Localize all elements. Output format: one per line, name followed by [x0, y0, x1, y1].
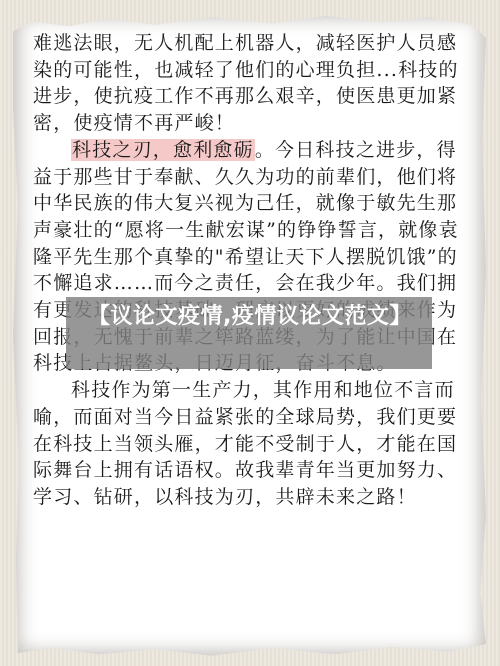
paragraph-3: 科技作为第一生产力，其作用和地位不言而喻，而面对当今日益紧张的全球局势，我们更要… — [33, 377, 473, 511]
paragraph-1: 难逃法眼，无人机配上机器人，减轻医护人员感染的可能性，也减轻了他们的心理负担..… — [33, 30, 473, 137]
overlay-title: 【议论文疫情,疫情议论文范文】 — [88, 302, 428, 332]
article-body: 难逃法眼，无人机配上机器人，减轻医护人员感染的可能性，也减轻了他们的心理负担..… — [33, 30, 473, 511]
highlighted-phrase: 科技之刃，愈利愈砺 — [71, 139, 255, 161]
